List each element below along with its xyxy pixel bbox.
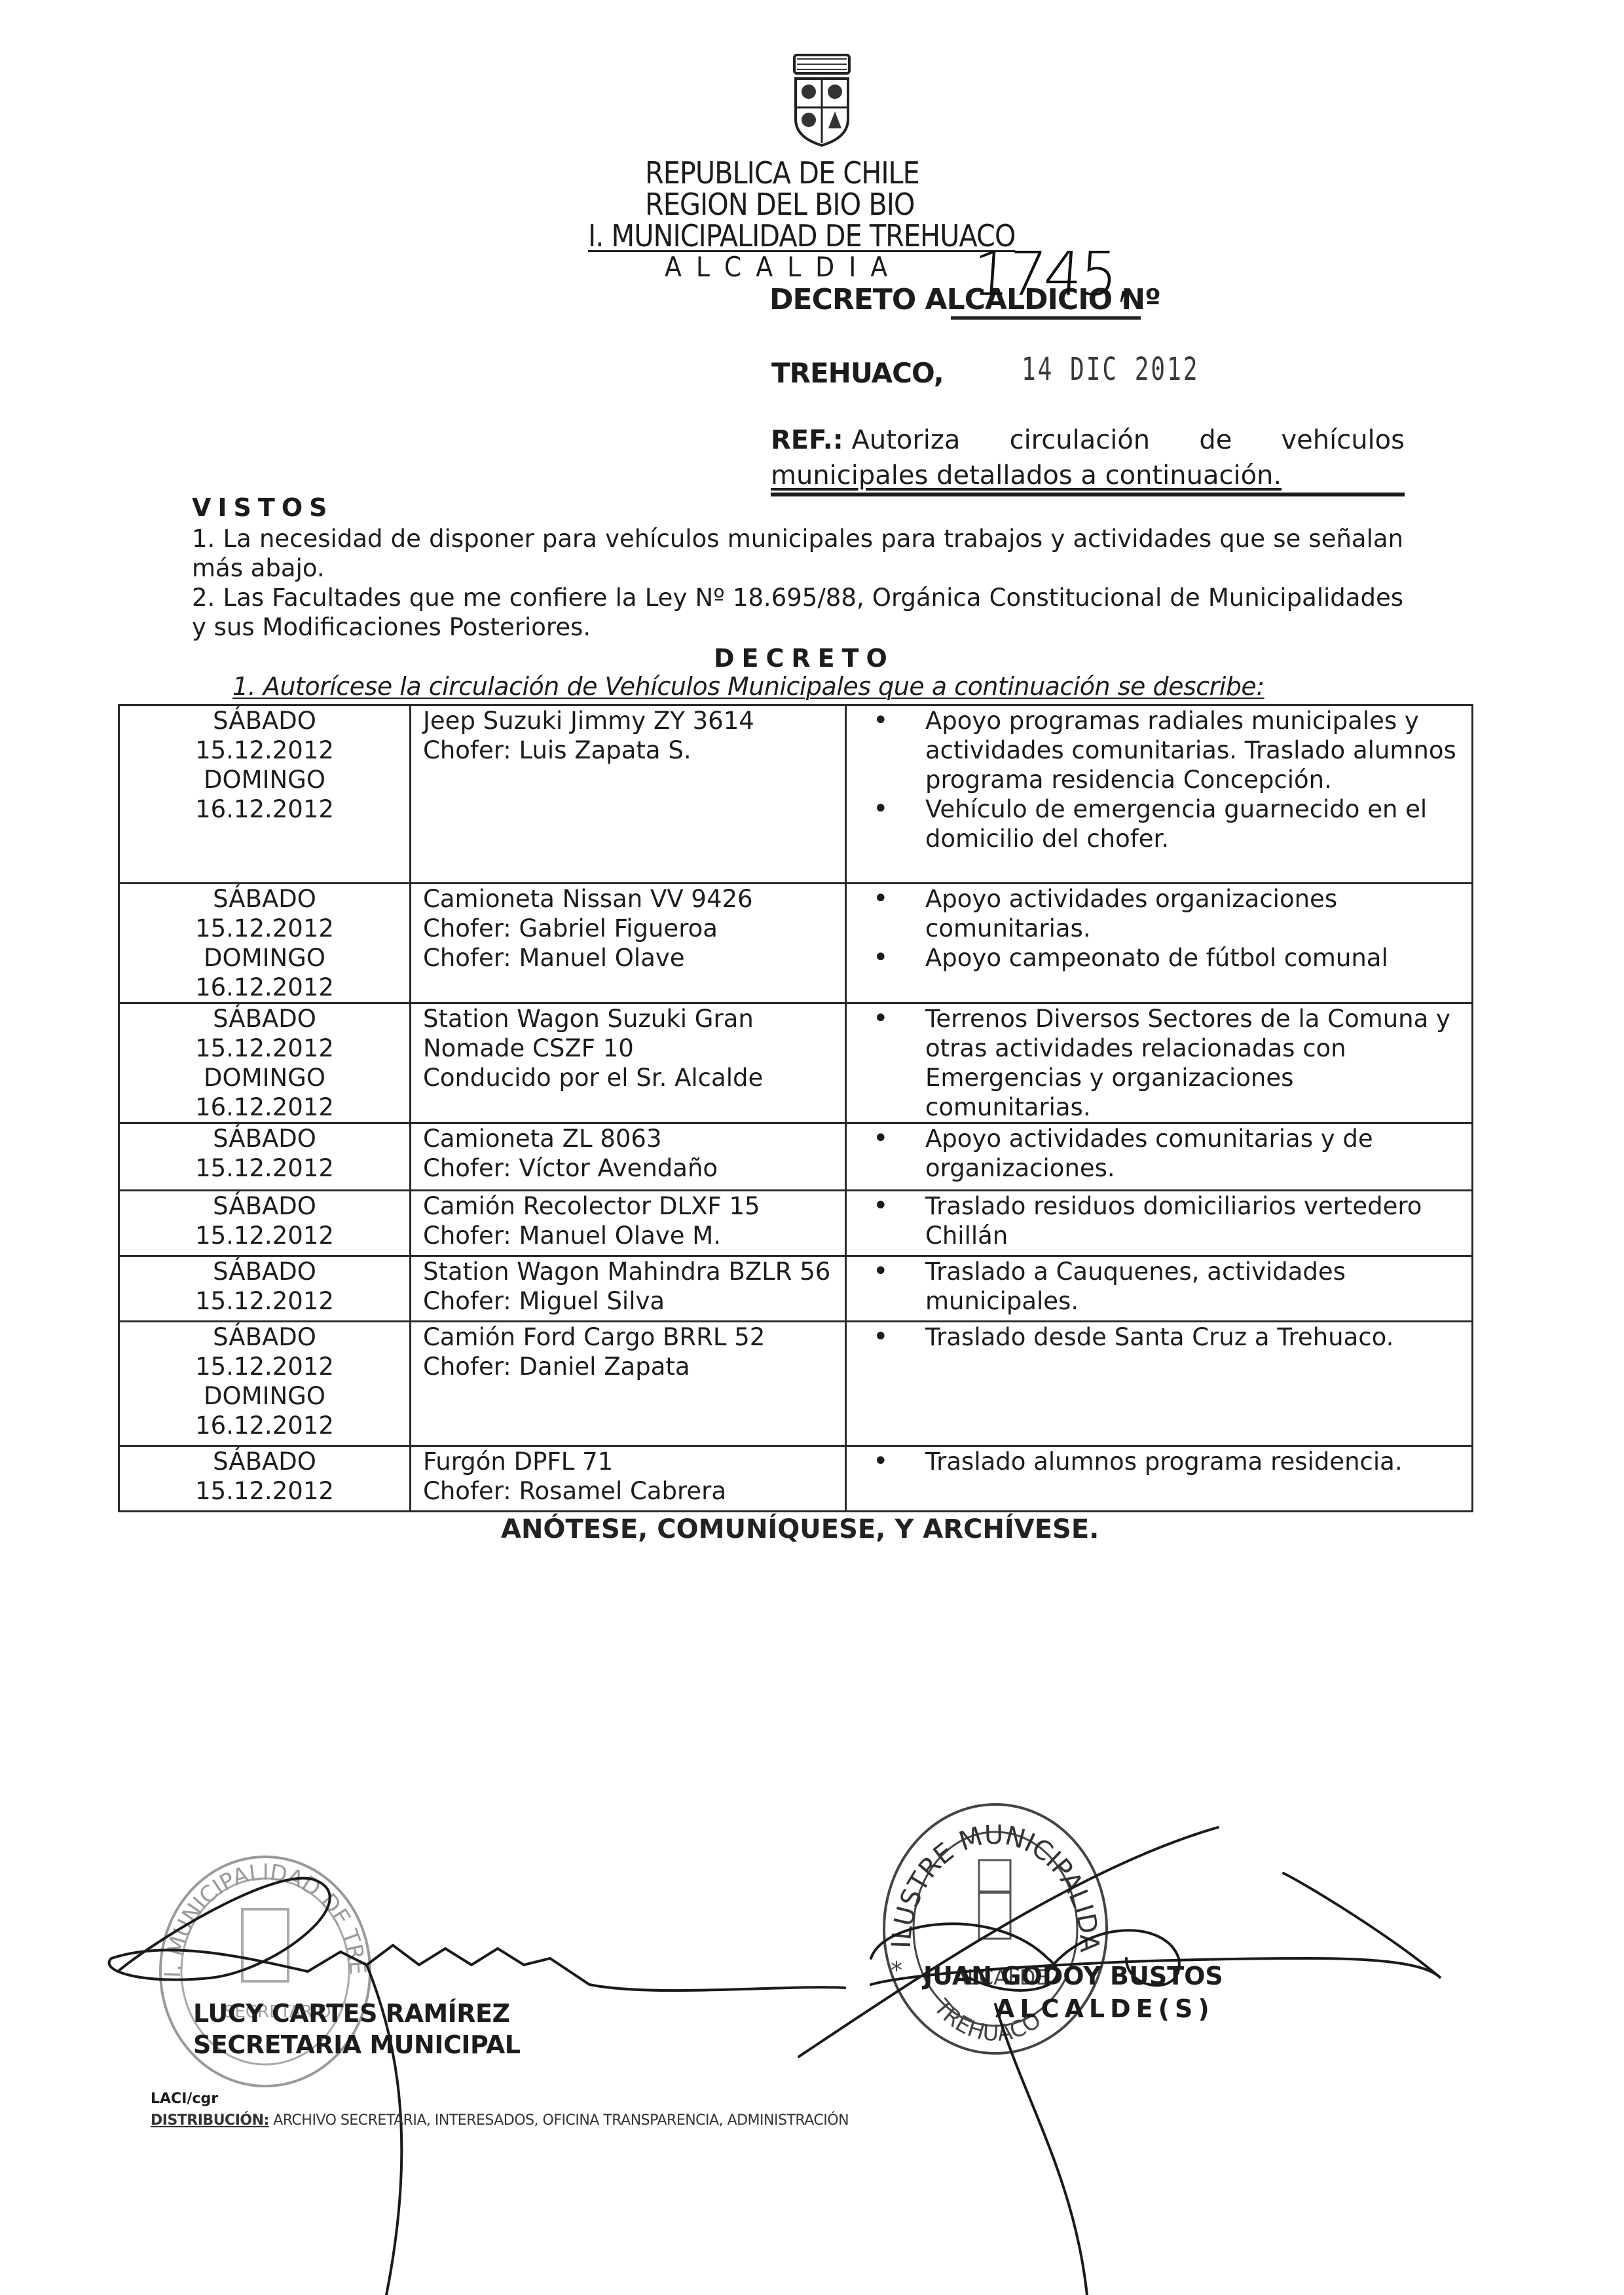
vistos-item: 2. Las Facultades que me confiere la Ley…: [192, 583, 1403, 642]
vehicle-date-line: SÁBADO: [120, 1124, 409, 1153]
mayor-name: JUAN GODOY BUSTOS: [923, 1962, 1223, 1990]
vehicle-name: Station Wagon Suzuki Gran: [423, 1004, 845, 1034]
vehicle-dates-cell: SÁBADO15.12.2012: [119, 1191, 411, 1256]
vehicle-date-line: 15.12.2012: [120, 1352, 409, 1381]
vehicle-date-line: 15.12.2012: [120, 1286, 409, 1316]
vehicle-uses-cell: Apoyo programas radiales municipales y a…: [846, 705, 1473, 884]
svg-text:*: *: [891, 1957, 902, 1984]
distribution-line: DISTRIBUCIÓN: ARCHIVO SECRETARIA, INTERE…: [151, 2112, 849, 2129]
reference-label: REF.:: [771, 425, 843, 455]
vehicle-date-line: 15.12.2012: [120, 1476, 409, 1506]
vehicle-name: Station Wagon Mahindra BZLR 56: [423, 1257, 845, 1286]
vehicle-date-line: 16.12.2012: [120, 794, 409, 824]
vehicle-use-item: Traslado residuos domiciliarios verteder…: [847, 1191, 1465, 1250]
vehicle-name: Camión Ford Cargo BRRL 52: [423, 1322, 845, 1352]
vehicle-dates-cell: SÁBADO15.12.2012DOMINGO16.12.2012: [119, 1322, 411, 1446]
vehicle-driver: Chofer: Miguel Silva: [423, 1286, 845, 1316]
vehicle-date-line: SÁBADO: [120, 1322, 409, 1352]
header-country: REPUBLICA DE CHILE: [645, 156, 1103, 190]
vehicle-name: Camioneta ZL 8063: [423, 1124, 845, 1153]
vehicle-uses-cell: Traslado residuos domiciliarios verteder…: [846, 1191, 1473, 1256]
vehicle-dates-cell: SÁBADO15.12.2012DOMINGO16.12.2012: [119, 705, 411, 884]
vehicle-use-item: Traslado a Cauquenes, actividades munici…: [847, 1257, 1465, 1316]
vehicle-use-item: Apoyo actividades comunitarias y de orga…: [847, 1124, 1465, 1183]
vehicle-uses-list: Apoyo programas radiales municipales y a…: [847, 706, 1471, 853]
vehicle-driver: Chofer: Víctor Avendaño: [423, 1153, 845, 1183]
vehicle-date-line: SÁBADO: [120, 1257, 409, 1286]
vehicle-uses-list: Apoyo actividades comunitarias y de orga…: [847, 1124, 1471, 1183]
vehicle-dates-cell: SÁBADO15.12.2012DOMINGO16.12.2012: [119, 884, 411, 1003]
place-label: TREHUACO,: [771, 357, 944, 389]
vehicle-use-item: Traslado desde Santa Cruz a Trehuaco.: [847, 1322, 1465, 1352]
vehicle-driver: Chofer: Manuel Olave M.: [423, 1221, 845, 1250]
author-initials: LACI/cgr: [151, 2091, 218, 2107]
vehicles-table: SÁBADO15.12.2012DOMINGO16.12.2012Jeep Su…: [118, 704, 1473, 1512]
vehicle-uses-list: Traslado desde Santa Cruz a Trehuaco.: [847, 1322, 1471, 1352]
vistos-heading: VISTOS: [192, 493, 334, 522]
vehicle-row: SÁBADO15.12.2012DOMINGO16.12.2012Station…: [119, 1003, 1473, 1123]
vehicle-date-line: DOMINGO: [120, 1381, 409, 1411]
vehicle-date-line: 15.12.2012: [120, 736, 409, 765]
vehicle-row: SÁBADO15.12.2012Station Wagon Mahindra B…: [119, 1256, 1473, 1322]
reference-line-1: REF.: Autoriza circulación de vehículos: [771, 422, 1405, 458]
vehicle-name: Jeep Suzuki Jimmy ZY 3614: [423, 706, 845, 736]
vehicle-row: SÁBADO15.12.2012Camioneta ZL 8063Chofer:…: [119, 1123, 1473, 1191]
vehicle-row: SÁBADO15.12.2012Furgón DPFL 71Chofer: Ro…: [119, 1446, 1473, 1512]
vehicle-date-line: 16.12.2012: [120, 973, 409, 1002]
vehicle-row: SÁBADO15.12.2012DOMINGO16.12.2012Camión …: [119, 1322, 1473, 1446]
mayor-title: ALCALDE(S): [995, 1994, 1215, 2023]
vehicle-driver: Chofer: Rosamel Cabrera: [423, 1476, 845, 1506]
vehicle-use-item: Apoyo programas radiales municipales y a…: [847, 706, 1465, 794]
vehicle-description-cell: Camión Recolector DLXF 15Chofer: Manuel …: [411, 1191, 846, 1256]
svg-text:ILUSTRE MUNICIPALIDAD: ILUSTRE MUNICIPALIDAD: [874, 1798, 1104, 1953]
vehicle-dates-cell: SÁBADO15.12.2012: [119, 1123, 411, 1191]
vehicle-driver: Chofer: Daniel Zapata: [423, 1352, 845, 1381]
vehicle-date-line: SÁBADO: [120, 884, 409, 914]
vehicle-uses-cell: Traslado desde Santa Cruz a Trehuaco.: [846, 1322, 1473, 1446]
vehicle-description-cell: Station Wagon Mahindra BZLR 56Chofer: Mi…: [411, 1256, 846, 1322]
vehicle-description-cell: Station Wagon Suzuki GranNomade CSZF 10C…: [411, 1003, 846, 1123]
vehicle-date-line: DOMINGO: [120, 1063, 409, 1092]
vehicle-description-cell: Furgón DPFL 71Chofer: Rosamel Cabrera: [411, 1446, 846, 1512]
vehicle-uses-list: Traslado a Cauquenes, actividades munici…: [847, 1257, 1471, 1316]
vehicle-driver: Conducido por el Sr. Alcalde: [423, 1063, 845, 1092]
vehicle-date-line: 15.12.2012: [120, 1034, 409, 1063]
vistos-list: 1. La necesidad de disponer para vehícul…: [192, 524, 1403, 642]
vehicle-date-line: 15.12.2012: [120, 1221, 409, 1250]
vehicle-date-line: 15.12.2012: [120, 1153, 409, 1183]
reference-line-2: municipales detallados a continuación.: [771, 458, 1405, 493]
closing-formula: ANÓTESE, COMUNÍQUESE, Y ARCHÍVESE.: [501, 1514, 1099, 1544]
vehicle-row: SÁBADO15.12.2012DOMINGO16.12.2012Jeep Su…: [119, 705, 1473, 884]
vehicle-date-line: 15.12.2012: [120, 914, 409, 943]
vehicle-driver: Chofer: Luis Zapata S.: [423, 736, 845, 765]
vehicle-row: SÁBADO15.12.2012DOMINGO16.12.2012Camione…: [119, 884, 1473, 1003]
vehicle-use-item: Vehículo de emergencia guarnecido en el …: [847, 794, 1465, 853]
vehicle-uses-cell: Apoyo actividades organizaciones comunit…: [846, 884, 1473, 1003]
date-stamp: 14 DIC 2012: [1022, 351, 1199, 388]
vehicle-description-cell: Jeep Suzuki Jimmy ZY 3614Chofer: Luis Za…: [411, 705, 846, 884]
vehicle-name: Camioneta Nissan VV 9426: [423, 884, 845, 914]
vehicle-date-line: 16.12.2012: [120, 1092, 409, 1122]
vehicle-name: Furgón DPFL 71: [423, 1447, 845, 1476]
vehicle-date-line: DOMINGO: [120, 943, 409, 973]
distribution-label: DISTRIBUCIÓN:: [151, 2112, 269, 2129]
vehicle-date-line: DOMINGO: [120, 765, 409, 794]
vehicle-date-line: SÁBADO: [120, 1447, 409, 1476]
vehicle-driver: Nomade CSZF 10: [423, 1034, 845, 1063]
vehicle-use-item: Traslado alumnos programa residencia.: [847, 1447, 1465, 1476]
vehicle-date-line: SÁBADO: [120, 1191, 409, 1221]
vehicle-uses-list: Terrenos Diversos Sectores de la Comuna …: [847, 1004, 1471, 1122]
vistos-item: 1. La necesidad de disponer para vehícul…: [192, 524, 1403, 583]
vehicle-uses-list: Apoyo actividades organizaciones comunit…: [847, 884, 1471, 973]
vehicle-description-cell: Camión Ford Cargo BRRL 52Chofer: Daniel …: [411, 1322, 846, 1446]
secretary-name: LUCY CARTES RAMÍREZ: [193, 1999, 510, 2028]
vehicle-date-line: SÁBADO: [120, 1004, 409, 1034]
distribution-list: ARCHIVO SECRETARIA, INTERESADOS, OFICINA…: [269, 2112, 849, 2129]
vehicle-description-cell: Camioneta Nissan VV 9426Chofer: Gabriel …: [411, 884, 846, 1003]
decreto-item-1: 1. Autorícese la circulación de Vehículo…: [232, 672, 1264, 701]
vehicle-uses-cell: Traslado a Cauquenes, actividades munici…: [846, 1256, 1473, 1322]
vehicle-driver: Chofer: Manuel Olave: [423, 943, 845, 973]
reference-word: de: [1199, 422, 1232, 458]
reference-block: REF.: Autoriza circulación de vehículos …: [771, 422, 1405, 493]
vehicle-row: SÁBADO15.12.2012Camión Recolector DLXF 1…: [119, 1191, 1473, 1256]
reference-word: Autoriza: [851, 425, 960, 455]
reference-word: vehículos: [1281, 422, 1405, 458]
vehicle-uses-list: Traslado alumnos programa residencia.: [847, 1447, 1471, 1476]
municipal-crest-icon: [783, 51, 861, 149]
svg-text:I. MUNICIPALIDAD DE TREHUACO: I. MUNICIPALIDAD DE TREHUACO: [151, 1847, 371, 1978]
vehicle-dates-cell: SÁBADO15.12.2012: [119, 1256, 411, 1322]
vehicle-use-item: Apoyo campeonato de fútbol comunal: [847, 943, 1465, 973]
vehicle-uses-cell: Apoyo actividades comunitarias y de orga…: [846, 1123, 1473, 1191]
vehicle-dates-cell: SÁBADO15.12.2012: [119, 1446, 411, 1512]
decree-number-underline: [951, 316, 1141, 320]
vehicle-use-item: Terrenos Diversos Sectores de la Comuna …: [847, 1004, 1465, 1122]
reference-rule: [771, 493, 1405, 496]
vehicle-date-line: 16.12.2012: [120, 1411, 409, 1440]
reference-word: circulación: [1010, 422, 1151, 458]
decree-number-handwritten: 1745,: [970, 239, 1134, 309]
header-region: REGION DEL BIO BIO: [645, 187, 1103, 221]
secretary-title: SECRETARIA MUNICIPAL: [193, 2030, 520, 2059]
vehicle-driver: Chofer: Gabriel Figueroa: [423, 914, 845, 943]
vehicle-uses-cell: Terrenos Diversos Sectores de la Comuna …: [846, 1003, 1473, 1123]
vehicle-uses-cell: Traslado alumnos programa residencia.: [846, 1446, 1473, 1512]
vehicle-description-cell: Camioneta ZL 8063Chofer: Víctor Avendaño: [411, 1123, 846, 1191]
decreto-heading: DECRETO: [714, 644, 895, 673]
vehicle-use-item: Apoyo actividades organizaciones comunit…: [847, 884, 1465, 943]
vehicle-name: Camión Recolector DLXF 15: [423, 1191, 845, 1221]
vehicle-uses-list: Traslado residuos domiciliarios verteder…: [847, 1191, 1471, 1250]
vehicle-date-line: SÁBADO: [120, 706, 409, 736]
vehicle-dates-cell: SÁBADO15.12.2012DOMINGO16.12.2012: [119, 1003, 411, 1123]
